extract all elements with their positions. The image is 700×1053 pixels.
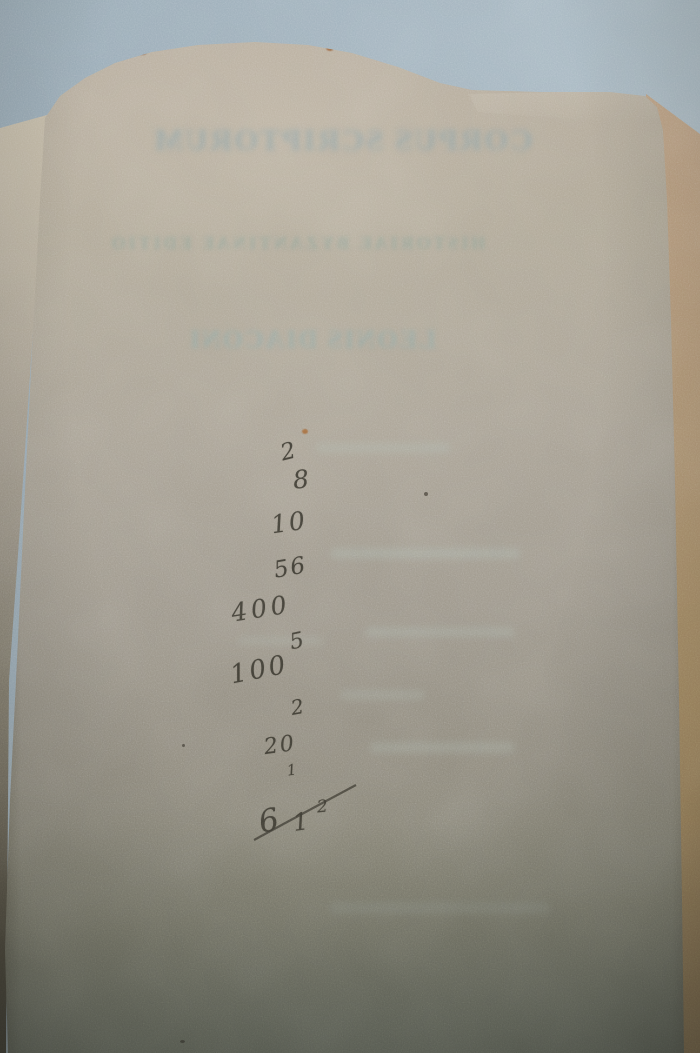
dark-speck — [180, 1040, 185, 1043]
showthrough-title-line-3: LEONIS DIACONI — [158, 325, 466, 355]
handwritten-number: 2 — [289, 696, 305, 718]
dark-speck — [424, 492, 428, 496]
showthrough-text-streak — [238, 637, 323, 645]
dark-speck — [182, 744, 185, 747]
handwritten-number: 5 — [288, 630, 306, 654]
handwritten-number: 56 — [272, 554, 309, 582]
handwritten-sum-digit: 2 — [316, 799, 328, 817]
showthrough-text-streak — [315, 443, 450, 453]
showthrough-text-streak — [330, 902, 550, 914]
handwritten-number: 20 — [263, 733, 298, 759]
rust-stain — [326, 45, 334, 51]
showthrough-title-line-2: HISTORIAE BYZANTINAE EDITIO — [68, 233, 526, 254]
rust-stain — [138, 49, 147, 55]
handwritten-number: 100 — [228, 652, 291, 689]
handwritten-number: 1 — [286, 762, 298, 778]
rust-stain — [302, 429, 308, 434]
showthrough-text-streak — [365, 627, 515, 637]
showthrough-text-streak — [330, 548, 520, 559]
handwritten-sum-digit: 1 — [291, 809, 309, 835]
blank-book-page: CORPUS SCRIPTORUM HISTORIAE BYZANTINAE E… — [0, 0, 700, 1053]
showthrough-title-line-1: CORPUS SCRIPTORUM — [135, 122, 550, 158]
handwritten-number: 8 — [292, 466, 310, 493]
showthrough-text-streak — [340, 690, 425, 700]
handwritten-number: 2 — [278, 440, 298, 466]
handwritten-number: 400 — [229, 591, 292, 625]
showthrough-text-streak — [370, 742, 515, 753]
handwritten-number: 10 — [269, 508, 308, 538]
photo-of-open-book: CORPUS SCRIPTORUM HISTORIAE BYZANTINAE E… — [0, 0, 700, 1053]
